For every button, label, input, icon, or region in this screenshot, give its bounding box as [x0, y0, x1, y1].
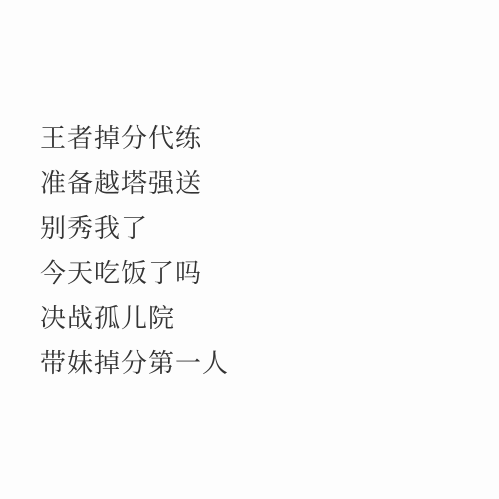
meme-image: 王者掉分代练 准备越塔强送 别秀我了 今天吃饭了吗 决战孤儿院 带妹掉分第一人	[0, 0, 499, 499]
text-line-1: 王者掉分代练	[40, 117, 229, 162]
text-line-2: 准备越塔强送	[40, 162, 229, 207]
text-line-list: 王者掉分代练 准备越塔强送 别秀我了 今天吃饭了吗 决战孤儿院 带妹掉分第一人	[40, 117, 229, 387]
text-line-6: 带妹掉分第一人	[40, 342, 229, 387]
text-line-3: 别秀我了	[40, 207, 229, 252]
text-line-4: 今天吃饭了吗	[40, 252, 229, 297]
text-line-5: 决战孤儿院	[40, 297, 229, 342]
